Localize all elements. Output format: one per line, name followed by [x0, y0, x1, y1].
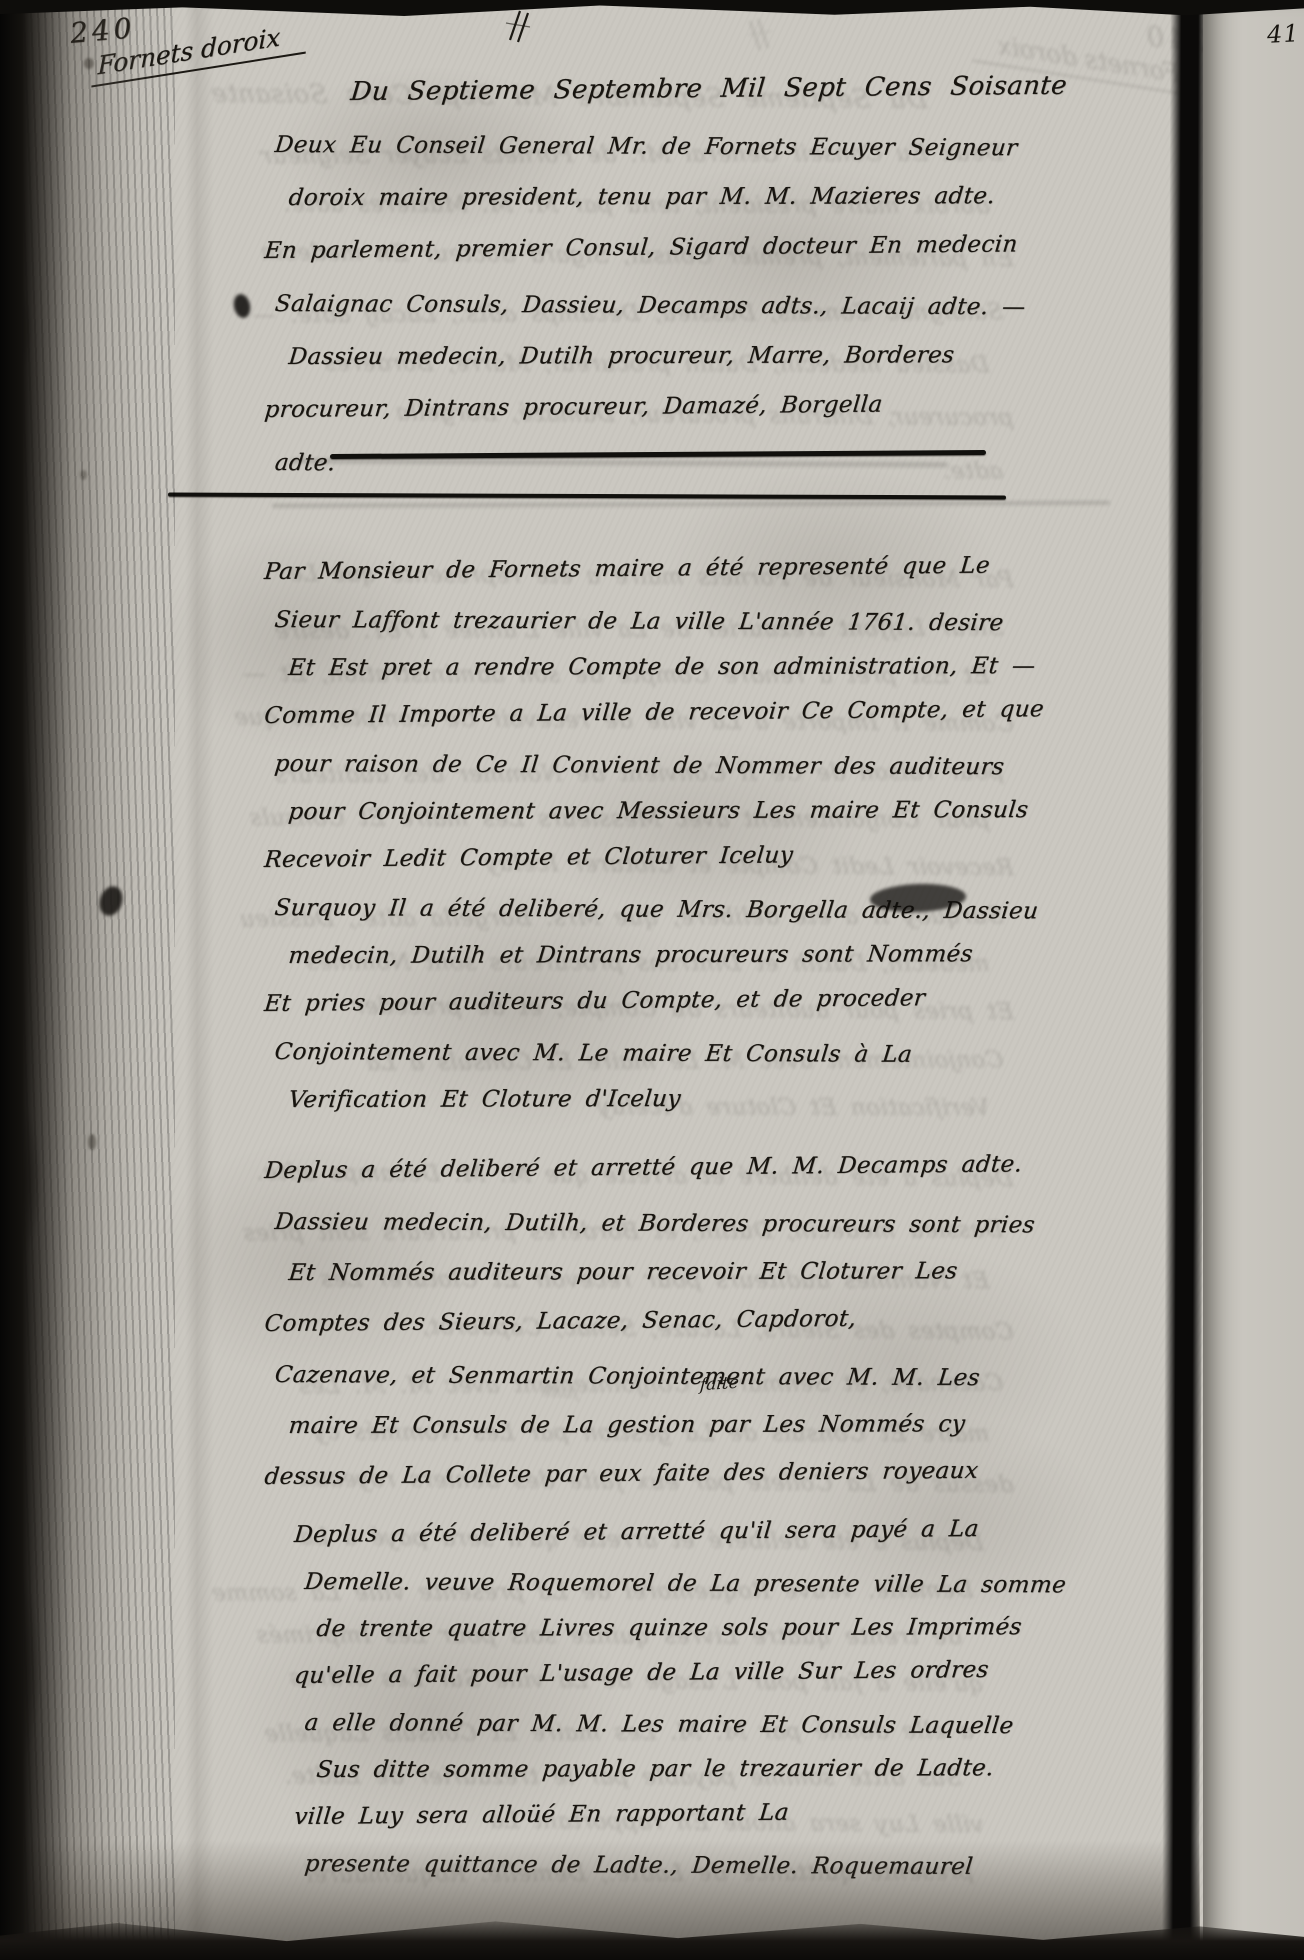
manuscript-line: ville Luy sera alloüé En rapportant La — [292, 1787, 1069, 1841]
manuscript-line: Dassieu medecin, Dutilh procureur, Marre… — [286, 329, 1069, 384]
manuscript-line: Recevoir Ledit Compte et Cloturer Iceluy — [262, 829, 1046, 884]
session-header-paragraph: Du Septieme Septembre Mil Sept Cens Sois… — [262, 66, 1064, 490]
edge-smudge — [80, 470, 87, 480]
adjacent-page-edge: 41 — [1203, 0, 1304, 1960]
manuscript-line: Sieur Laffont trezaurier de La ville L'a… — [272, 596, 1046, 647]
manuscript-line: de trente quatre Livres quinze sols pour… — [314, 1604, 1069, 1653]
ink-rule — [168, 493, 1006, 500]
manuscript-line: a elle donné par M. M. Les maire Et Cons… — [302, 1700, 1069, 1750]
scanned-register-page: 240 Fornets doroix Du Septieme Septembre… — [0, 0, 1304, 1960]
manuscript-line: pour raison de Ce Il Convient de Nommer … — [272, 740, 1046, 791]
manuscript-line: doroix maire president, tenu par M. M. M… — [286, 170, 1069, 225]
edge-smudge — [88, 1134, 96, 1150]
manuscript-line: Du Septieme Septembre Mil Sept Cens Sois… — [348, 60, 1069, 119]
manuscript-line: presente quittance de Ladte., Demelle. R… — [302, 1841, 1069, 1891]
manuscript-line: Demelle. veuve Roquemorel de La presente… — [302, 1559, 1069, 1609]
manuscript-line: Par Monsieur de Fornets maire a été repr… — [262, 541, 1046, 596]
manuscript-line: Salaignac Consuls, Dassieu, Decamps adts… — [272, 278, 1069, 334]
adjacent-folio-number: 41 — [1267, 19, 1301, 49]
manuscript-line: Deplus a été deliberé et arretté que M. … — [262, 1139, 1038, 1197]
handwriting-layer: 240 Fornets doroix Du Septieme Septembre… — [0, 0, 1304, 1960]
folio-number: 240 — [69, 11, 137, 50]
manuscript-line: Comptes des Sieurs, Lacaze, Senac, Capdo… — [262, 1292, 1038, 1350]
manuscript-line: Cazenave, et Senmartin Conjointement ave… — [272, 1350, 1038, 1404]
manuscript-line: Sus ditte somme payable par le trezaurie… — [314, 1745, 1069, 1794]
manuscript-line: Deux Eu Conseil General Mr. de Fornets E… — [272, 119, 1069, 175]
deliberation-paragraph-accounts: Par Monsieur de Fornets maire a été repr… — [262, 548, 1041, 1124]
manuscript-line: adte. — [272, 437, 1069, 493]
deliberation-paragraph-payment: Deplus a été deliberé et arretté qu'il s… — [262, 1512, 1064, 1888]
manuscript-line: Comme Il Importe a La ville de recevoir … — [262, 685, 1046, 740]
manuscript-line: En parlement, premier Consul, Sigard doc… — [262, 218, 1070, 278]
manuscript-line: Deplus a été deliberé et arretté qu'il s… — [292, 1505, 1069, 1559]
manuscript-line: Conjointement avec M. Le maire Et Consul… — [272, 1028, 1046, 1079]
manuscript-line: Et Est pret a rendre Compte de son admin… — [286, 642, 1046, 692]
manuscript-line: maire Et Consuls de La gestion par Les N… — [286, 1399, 1038, 1452]
manuscript-line: qu'elle a fait pour L'usage de La ville … — [292, 1646, 1069, 1700]
edge-smudge — [84, 58, 94, 69]
manuscript-line: pour Conjointement avec Messieurs Les ma… — [286, 786, 1046, 836]
manuscript-line: medecin, Dutilh et Dintrans procureurs s… — [286, 930, 1046, 980]
manuscript-line: Et Nommés auditeurs pour recevoir Et Clo… — [286, 1246, 1038, 1299]
manuscript-line: dessus de La Collete par eux faite des d… — [262, 1445, 1038, 1503]
deliberation-paragraph-auditors: Deplus a été deliberé et arretté que M. … — [262, 1146, 1032, 1503]
manuscript-line: Et pries pour auditeurs du Compte, et de… — [262, 973, 1046, 1028]
manuscript-line: procureur, Dintrans procureur, Damazé, B… — [262, 377, 1070, 437]
manuscript-line: Dassieu medecin, Dutilh, et Borderes pro… — [272, 1197, 1038, 1251]
interline-insertion: faite — [699, 1373, 739, 1396]
manuscript-line: Verification Et Cloture d'Iceluy — [286, 1074, 1046, 1124]
ink-flourish-icon — [502, 8, 534, 44]
